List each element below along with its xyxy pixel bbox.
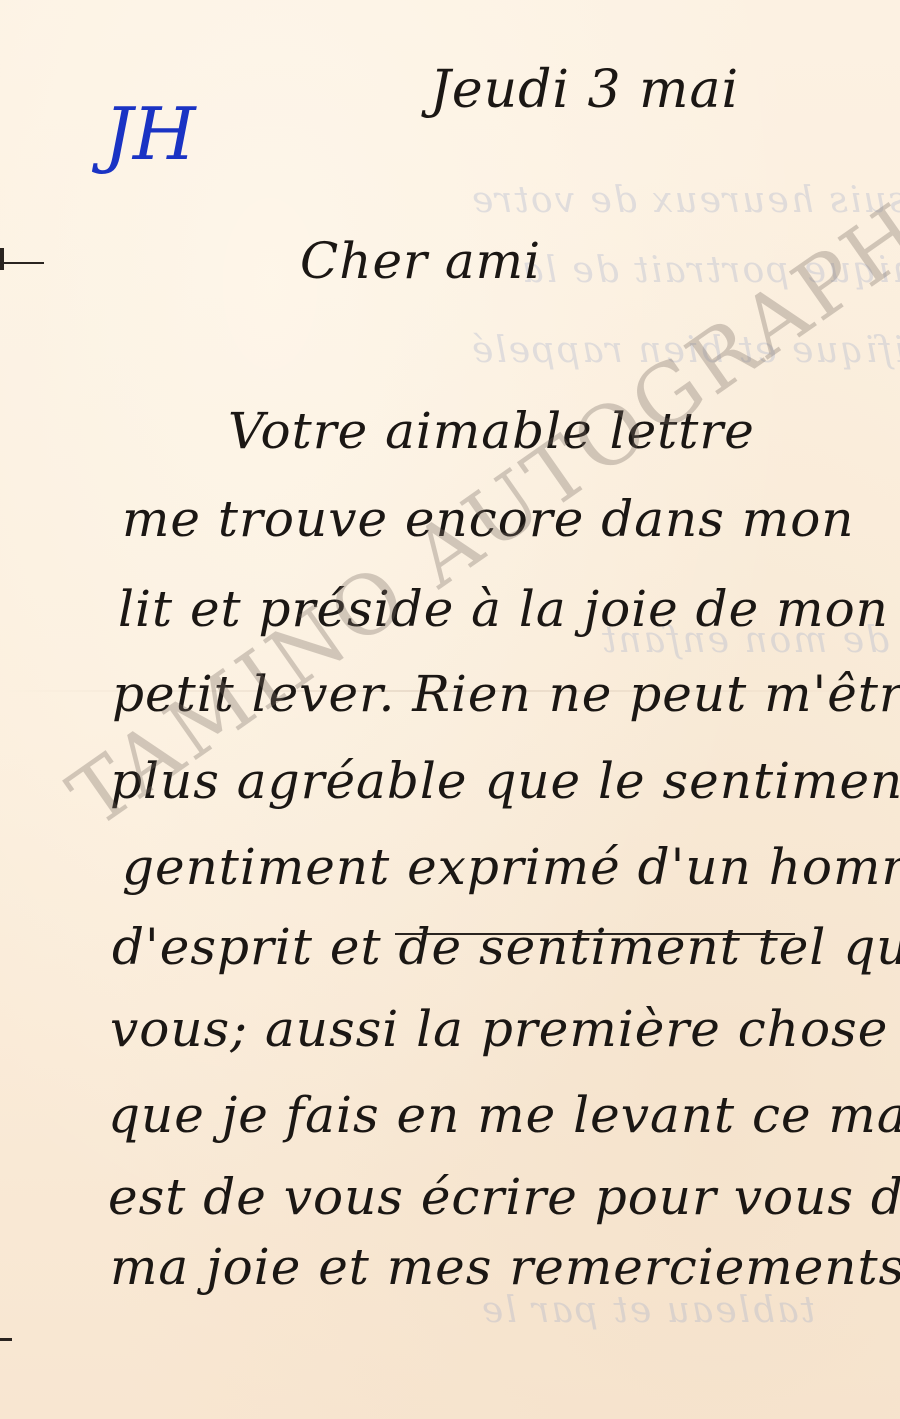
margin-mark bbox=[0, 1338, 12, 1341]
bleed-through-text: je suis heureux de votre bbox=[470, 180, 900, 221]
letter-line: lit et préside à la joie de mon bbox=[118, 580, 889, 638]
margin-mark bbox=[0, 262, 44, 264]
letter-salutation: Cher ami bbox=[300, 232, 541, 290]
bleed-through-text: tableau et par le bbox=[480, 1290, 815, 1331]
letter-line: est de vous écrire pour vous dire bbox=[108, 1168, 900, 1226]
strikethrough-line bbox=[395, 933, 795, 935]
letter-line: ma joie et mes remerciements. bbox=[110, 1238, 900, 1296]
letter-line: vous; aussi la première chose bbox=[110, 1000, 888, 1058]
letter-line: que je fais en me levant ce matin bbox=[108, 1086, 900, 1144]
initials-annotation: JH bbox=[104, 98, 196, 170]
margin-mark bbox=[0, 248, 4, 270]
letter-line: gentiment exprimé d'un homme bbox=[122, 838, 900, 896]
letter-date: Jeudi 3 mai bbox=[430, 60, 739, 120]
letter-line: d'esprit et de sentiment tel que bbox=[112, 918, 900, 976]
